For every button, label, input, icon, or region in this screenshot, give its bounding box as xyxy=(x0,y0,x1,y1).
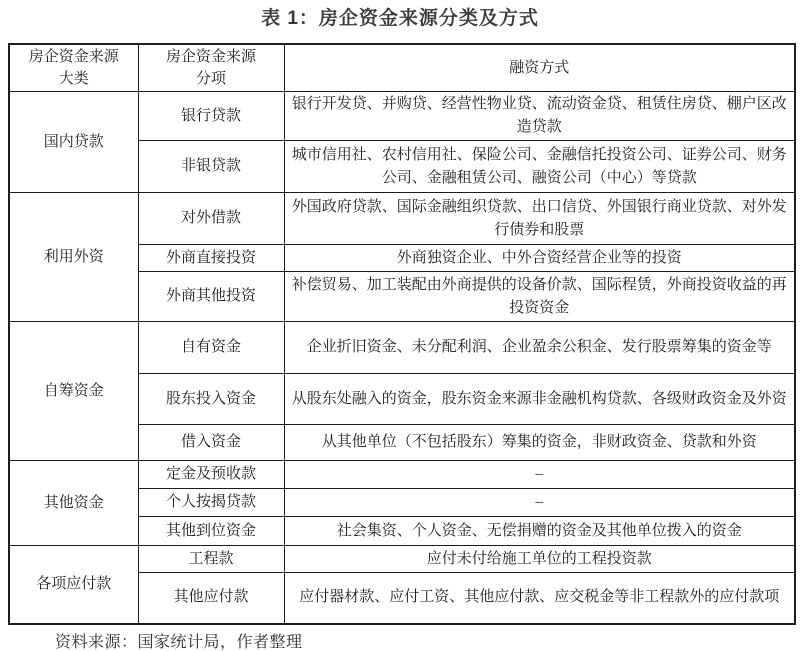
methods-cell: 银行开发贷、并购贷、经营性物业贷、流动资金贷、租赁住房贷、棚户区改造贷款 xyxy=(284,92,795,141)
source-note: 资料来源：国家统计局，作者整理 xyxy=(55,629,303,651)
col-header-category: 房企资金来源 大类 xyxy=(9,44,138,92)
methods-cell: 从其他单位（不包括股东）筹集的资金，非财政资金、贷款和外资 xyxy=(284,425,795,461)
table-title: 表 1：房企资金来源分类及方式 xyxy=(0,3,800,30)
methods-cell: 社会集资、个人资金、无偿捐赠的资金及其他单位拨入的资金 xyxy=(284,517,795,546)
methods-cell: 补偿贸易、加工装配由外商提供的设备价款、国际程赁，外商投资收益的再投资资金 xyxy=(284,272,795,322)
subitem-cell: 外商其他投资 xyxy=(138,272,284,322)
subitem-cell: 借入资金 xyxy=(138,425,284,461)
methods-cell: 从股东处融入的资金，股东资金来源非金融机构贷款、各级财政资金及外资 xyxy=(284,374,795,425)
col-header-subitem: 房企资金来源 分项 xyxy=(138,44,284,92)
methods-cell: 外商独资企业、中外合资经营企业等的投资 xyxy=(284,245,795,272)
methods-cell: – xyxy=(284,489,795,517)
subitem-cell: 对外借款 xyxy=(138,193,284,245)
col-header-methods: 融资方式 xyxy=(284,44,795,92)
subitem-cell: 自有资金 xyxy=(138,322,284,374)
subitem-cell: 个人按揭贷款 xyxy=(138,489,284,517)
subitem-cell: 银行贷款 xyxy=(138,92,284,141)
subitem-cell: 非银贷款 xyxy=(138,141,284,193)
table-row: 其他资金 定金及预收款 – xyxy=(9,461,795,489)
methods-cell: 应付未付给施工单位的工程投资款 xyxy=(284,546,795,573)
header-row: 房企资金来源 大类 房企资金来源 分项 融资方式 xyxy=(9,44,795,92)
methods-cell: 应付器材款、应付工资、其他应付款、应交税金等非工程款外的应付款项 xyxy=(284,573,795,624)
subitem-cell: 定金及预收款 xyxy=(138,461,284,489)
category-cell: 自筹资金 xyxy=(9,322,138,461)
subitem-cell: 外商直接投资 xyxy=(138,245,284,272)
table-row: 国内贷款 银行贷款 银行开发贷、并购贷、经营性物业贷、流动资金贷、租赁住房贷、棚… xyxy=(9,92,795,141)
subitem-cell: 股东投入资金 xyxy=(138,374,284,425)
table-row: 各项应付款 工程款 应付未付给施工单位的工程投资款 xyxy=(9,546,795,573)
methods-cell: 企业折旧资金、未分配利润、企业盈余公积金、发行股票筹集的资金等 xyxy=(284,322,795,374)
category-cell: 国内贷款 xyxy=(9,92,138,193)
subitem-cell: 工程款 xyxy=(138,546,284,573)
methods-cell: 外国政府贷款、国际金融组织贷款、出口信贷、外国银行商业贷款、对外发行债券和股票 xyxy=(284,193,795,245)
category-cell: 利用外资 xyxy=(9,193,138,322)
funding-sources-table: 房企资金来源 大类 房企资金来源 分项 融资方式 国内贷款 银行贷款 银行开发贷… xyxy=(8,43,796,625)
subitem-cell: 其他到位资金 xyxy=(138,517,284,546)
table-row: 自筹资金 自有资金 企业折旧资金、未分配利润、企业盈余公积金、发行股票筹集的资金… xyxy=(9,322,795,374)
subitem-cell: 其他应付款 xyxy=(138,573,284,624)
category-cell: 其他资金 xyxy=(9,461,138,546)
category-cell: 各项应付款 xyxy=(9,546,138,624)
methods-cell: 城市信用社、农村信用社、保险公司、金融信托投资公司、证券公司、财务公司、金融租赁… xyxy=(284,141,795,193)
table-row: 利用外资 对外借款 外国政府贷款、国际金融组织贷款、出口信贷、外国银行商业贷款、… xyxy=(9,193,795,245)
methods-cell: – xyxy=(284,461,795,489)
